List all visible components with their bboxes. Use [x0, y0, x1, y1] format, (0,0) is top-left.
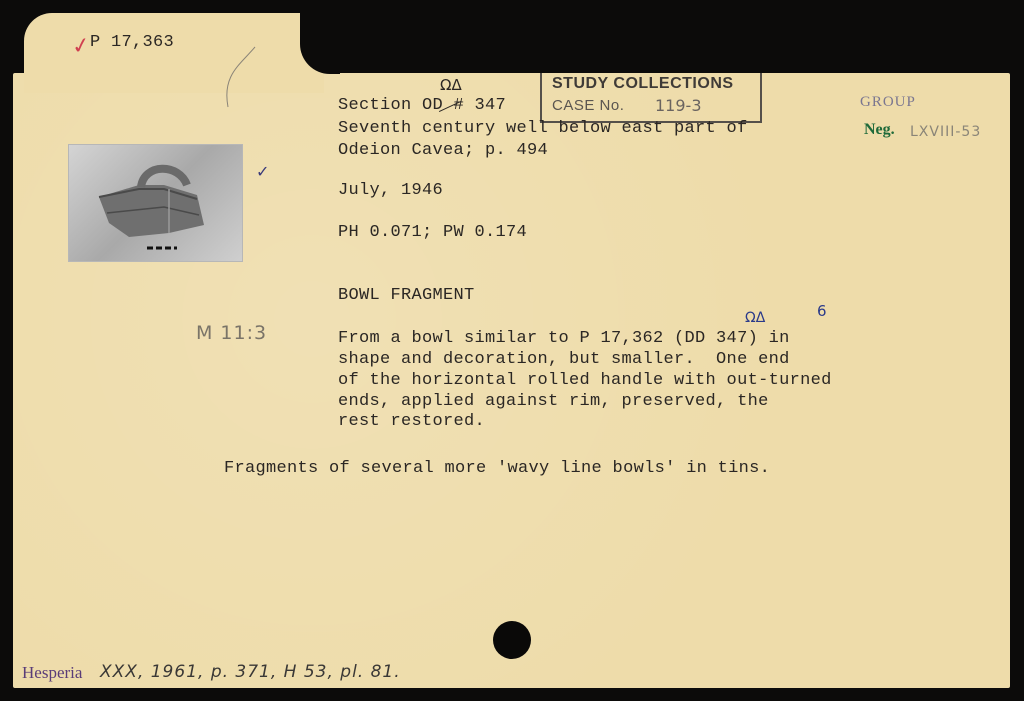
case-number: 119-3	[655, 96, 702, 115]
bowl-fragment-photo	[68, 144, 243, 262]
description-number-annotation: 6	[817, 302, 827, 320]
description-line: ends, applied against rim, preserved, th…	[338, 392, 769, 411]
location-line-2: Odeion Cavea; p. 494	[338, 141, 548, 160]
object-title: BOWL FRAGMENT	[338, 286, 475, 305]
section-line: Section OD # 347	[338, 96, 506, 115]
location-line-1: Seventh century well below east part of	[338, 119, 748, 138]
description-line: From a bowl similar to P 17,362 (DD 347)…	[338, 329, 790, 348]
hesperia-stamp: Hesperia	[22, 663, 82, 683]
dimensions: PH 0.071; PW 0.174	[338, 223, 527, 242]
date: July, 1946	[338, 181, 443, 200]
inventory-number: P 17,363	[90, 33, 174, 52]
deposit-reference: M 11:3	[196, 322, 267, 344]
pencil-mark-icon	[220, 45, 270, 110]
group-stamp: GROUP	[860, 94, 916, 111]
section-symbol-annotation: ΩΔ	[440, 76, 462, 94]
card-tab	[24, 13, 324, 93]
stamp-title: STUDY COLLECTIONS	[552, 75, 734, 93]
bowl-fragment-image-icon	[69, 145, 242, 261]
description-line: rest restored.	[338, 412, 485, 431]
description-line: shape and decoration, but smaller. One e…	[338, 350, 790, 369]
case-label: CASE No.	[552, 97, 624, 114]
publication-reference: XXX, 1961, p. 371, H 53, pl. 81.	[100, 662, 401, 682]
neg-number: LXVIII-53	[910, 124, 981, 140]
study-collections-stamp: STUDY COLLECTIONS CASE No. 119-3	[540, 73, 762, 123]
description-symbol-annotation: ΩΔ	[745, 310, 765, 326]
note: Fragments of several more 'wavy line bow…	[224, 459, 770, 478]
photo-checkmark-icon: ✓	[256, 162, 269, 181]
neg-stamp: Neg.	[864, 121, 895, 139]
punch-hole	[493, 621, 531, 659]
description-line: of the horizontal rolled handle with out…	[338, 371, 832, 390]
